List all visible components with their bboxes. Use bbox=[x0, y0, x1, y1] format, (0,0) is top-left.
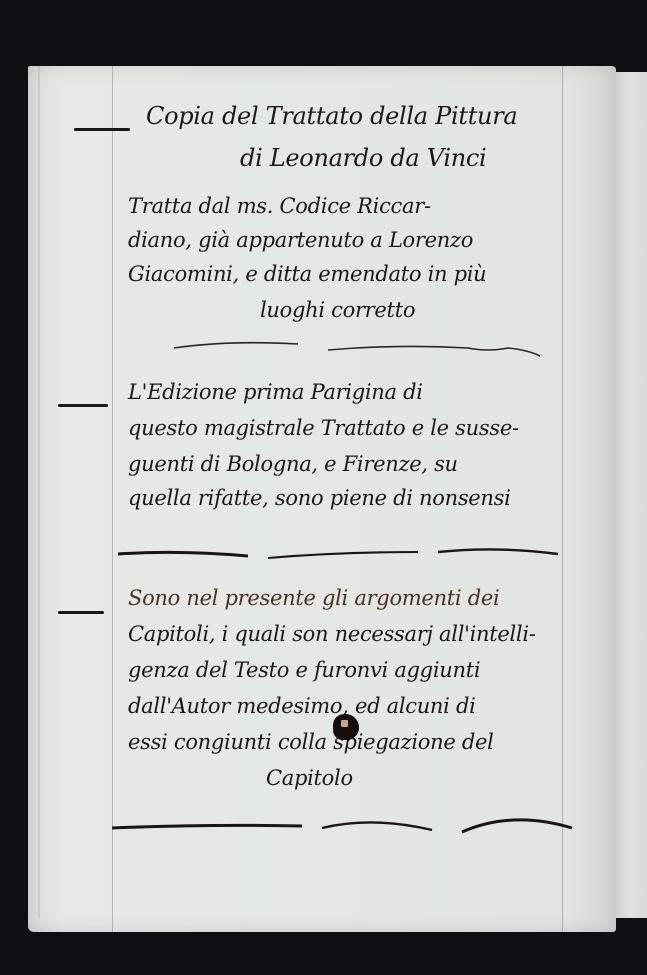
paragraph-1-line-4: quella rifatte, sono piene di nonsensi bbox=[128, 486, 511, 510]
separator-flourish-3 bbox=[112, 814, 572, 838]
paragraph-2-line-6: Capitolo bbox=[266, 766, 353, 790]
title-line-2: di Leonardo da Vinci bbox=[240, 144, 486, 172]
paragraph-1-line-2: questo magistrale Trattato e le susse- bbox=[128, 416, 519, 440]
subtitle-line-1: Tratta dal ms. Codice Riccar- bbox=[128, 194, 431, 218]
paragraph-1-line-3: guenti di Bologna, e Firenze, su bbox=[128, 452, 458, 476]
margin-dash bbox=[58, 611, 104, 614]
paragraph-1-line-1: L'Edizione prima Parigina di bbox=[128, 380, 423, 404]
ink-blot bbox=[333, 714, 359, 740]
margin-dash bbox=[74, 128, 130, 131]
title-line-1: Copia del Trattato della Pittura bbox=[146, 102, 517, 130]
left-margin-rule bbox=[112, 66, 113, 932]
facing-page-edge bbox=[612, 72, 647, 918]
subtitle-line-4: luoghi corretto bbox=[260, 298, 415, 322]
paragraph-2-line-4: dall'Autor medesimo, ed alcuni di bbox=[128, 694, 476, 718]
paragraph-2-line-2: Capitoli, i quali son necessarj all'inte… bbox=[128, 622, 536, 646]
right-margin-rule bbox=[562, 66, 563, 932]
margin-dash bbox=[58, 404, 108, 407]
separator-flourish-2 bbox=[118, 544, 568, 568]
paragraph-2-line-5: essi congiunti colla spiegazione del bbox=[128, 730, 494, 754]
paragraph-2-line-3: genza del Testo e furonvi aggiunti bbox=[128, 658, 480, 682]
separator-flourish-1 bbox=[168, 336, 548, 360]
subtitle-line-3: Giacomini, e ditta emendato in più bbox=[128, 262, 486, 286]
manuscript-page: Copia del Trattato della Pittura di Leon… bbox=[28, 66, 616, 932]
subtitle-line-2: diano, già appartenuto a Lorenzo bbox=[128, 228, 473, 252]
paragraph-2-line-1: Sono nel presente gli argomenti dei bbox=[128, 586, 499, 610]
